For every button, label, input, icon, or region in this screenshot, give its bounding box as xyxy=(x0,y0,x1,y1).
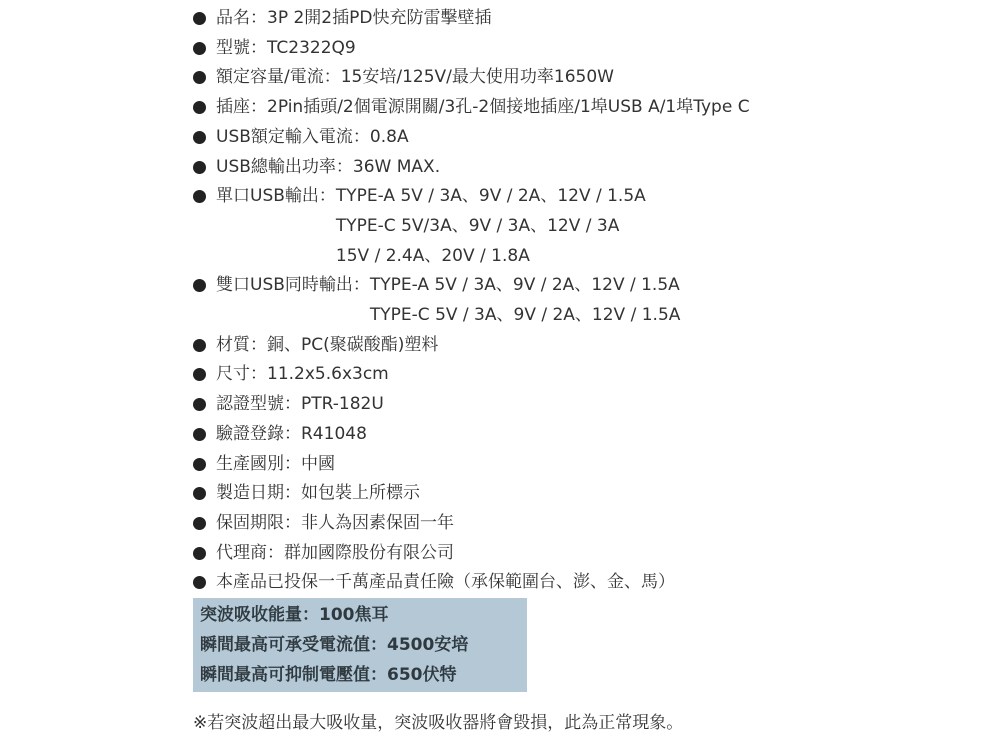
spec-item-manufacture-date: 製造日期： 如包裝上所標示 xyxy=(193,479,750,509)
bullet-icon xyxy=(193,547,206,560)
spec-item-usb-total-output: USB總輸出功率： 36W MAX. xyxy=(193,153,750,183)
bullet-icon xyxy=(193,458,206,471)
spec-value: TYPE-C 5V/3A、9V / 3A、12V / 3A xyxy=(336,212,646,242)
spec-item-usb-input-current: USB額定輸入電流： 0.8A xyxy=(193,123,750,153)
spec-label: 驗證登錄： xyxy=(216,420,301,450)
spec-item-country-of-origin: 生產國別： 中國 xyxy=(193,450,750,480)
spec-label: 代理商： xyxy=(216,539,284,569)
bullet-icon xyxy=(193,576,206,589)
surge-absorption-energy: 突波吸收能量：100焦耳 xyxy=(200,600,527,630)
spec-value: TYPE-C 5V / 3A、9V / 2A、12V / 1.5A xyxy=(370,301,680,331)
spec-item-verification-registration: 驗證登錄： R41048 xyxy=(193,420,750,450)
spec-value: R41048 xyxy=(301,420,367,450)
spec-item-warranty: 保固期限： 非人為因素保固一年 xyxy=(193,509,750,539)
bullet-icon xyxy=(193,428,206,441)
bullet-icon xyxy=(193,368,206,381)
spec-list: 品名： 3P 2開2插PD快充防雷擊壁插 型號： TC2322Q9 額定容量/電… xyxy=(193,4,750,598)
bullet-icon xyxy=(193,517,206,530)
bullet-icon xyxy=(193,12,206,25)
spec-value: 11.2x5.6x3cm xyxy=(267,360,389,390)
surge-protection-highlight-box: 突波吸收能量：100焦耳 瞬間最高可承受電流值：4500安培 瞬間最高可抑制電壓… xyxy=(193,598,527,692)
spec-value: TYPE-A 5V / 3A、9V / 2A、12V / 1.5A xyxy=(336,182,646,212)
spec-value: 2Pin插頭/2個電源開關/3孔-2個接地插座/1埠USB A/1埠Type C xyxy=(267,93,750,123)
spec-value: 15安培/125V/最大使用功率1650W xyxy=(341,63,614,93)
spec-item-dual-usb-output: 雙口USB同時輸出： TYPE-A 5V / 3A、9V / 2A、12V / … xyxy=(193,271,750,330)
spec-value: 銅、PC(聚碳酸酯)塑料 xyxy=(267,331,438,361)
spec-value: 中國 xyxy=(301,450,335,480)
spec-label: 製造日期： xyxy=(216,479,301,509)
bullet-icon xyxy=(193,487,206,500)
spec-value: TC2322Q9 xyxy=(267,34,356,64)
spec-item-sockets: 插座： 2Pin插頭/2個電源開關/3孔-2個接地插座/1埠USB A/1埠Ty… xyxy=(193,93,750,123)
spec-value: 如包裝上所標示 xyxy=(301,479,420,509)
spec-item-material: 材質： 銅、PC(聚碳酸酯)塑料 xyxy=(193,331,750,361)
spec-value: 36W MAX. xyxy=(353,153,440,183)
bullet-icon xyxy=(193,161,206,174)
spec-value: 本產品已投保一千萬產品責任險（承保範圍台、澎、金、馬） xyxy=(216,568,675,598)
spec-label: 型號： xyxy=(216,34,267,64)
spec-item-certification-model: 認證型號： PTR-182U xyxy=(193,390,750,420)
spec-item-single-usb-output: 單口USB輸出： TYPE-A 5V / 3A、9V / 2A、12V / 1.… xyxy=(193,182,750,271)
spec-item-insurance: 本產品已投保一千萬產品責任險（承保範圍台、澎、金、馬） xyxy=(193,568,750,598)
spec-value: 群加國際股份有限公司 xyxy=(284,539,454,569)
spec-value: TYPE-A 5V / 3A、9V / 2A、12V / 1.5A xyxy=(370,271,680,301)
spec-item-rated-capacity: 額定容量/電流： 15安培/125V/最大使用功率1650W xyxy=(193,63,750,93)
bullet-icon xyxy=(193,398,206,411)
bullet-icon xyxy=(193,101,206,114)
spec-label: USB額定輸入電流： xyxy=(216,123,370,153)
spec-label: 插座： xyxy=(216,93,267,123)
bullet-icon xyxy=(193,279,206,292)
spec-value: 3P 2開2插PD快充防雷擊壁插 xyxy=(267,4,491,34)
spec-value: PTR-182U xyxy=(301,390,384,420)
spec-value: 非人為因素保固一年 xyxy=(301,509,454,539)
spec-label: 額定容量/電流： xyxy=(216,63,341,93)
spec-label: 材質： xyxy=(216,331,267,361)
bullet-icon xyxy=(193,339,206,352)
spec-label: 雙口USB同時輸出： xyxy=(216,271,370,301)
spec-item-model: 型號： TC2322Q9 xyxy=(193,34,750,64)
spec-label: 認證型號： xyxy=(216,390,301,420)
spec-label: 尺寸： xyxy=(216,360,267,390)
spec-label: 生產國別： xyxy=(216,450,301,480)
max-clamping-voltage: 瞬間最高可抑制電壓值：650伏特 xyxy=(200,660,527,690)
bullet-icon xyxy=(193,190,206,203)
spec-label: 品名： xyxy=(216,4,267,34)
bullet-icon xyxy=(193,71,206,84)
spec-label: 單口USB輸出： xyxy=(216,182,336,212)
spec-item-dimensions: 尺寸： 11.2x5.6x3cm xyxy=(193,360,750,390)
max-surge-current: 瞬間最高可承受電流值：4500安培 xyxy=(200,630,527,660)
spec-item-product-name: 品名： 3P 2開2插PD快充防雷擊壁插 xyxy=(193,4,750,34)
spec-item-agent: 代理商： 群加國際股份有限公司 xyxy=(193,539,750,569)
bullet-icon xyxy=(193,42,206,55)
surge-warning-note: ※若突波超出最大吸收量，突波吸收器將會毀損，此為正常現象。 xyxy=(193,709,683,737)
spec-label: 保固期限： xyxy=(216,509,301,539)
spec-value: 0.8A xyxy=(370,123,409,153)
bullet-icon xyxy=(193,131,206,144)
spec-label: USB總輸出功率： xyxy=(216,153,353,183)
spec-value: 15V / 2.4A、20V / 1.8A xyxy=(336,242,646,272)
